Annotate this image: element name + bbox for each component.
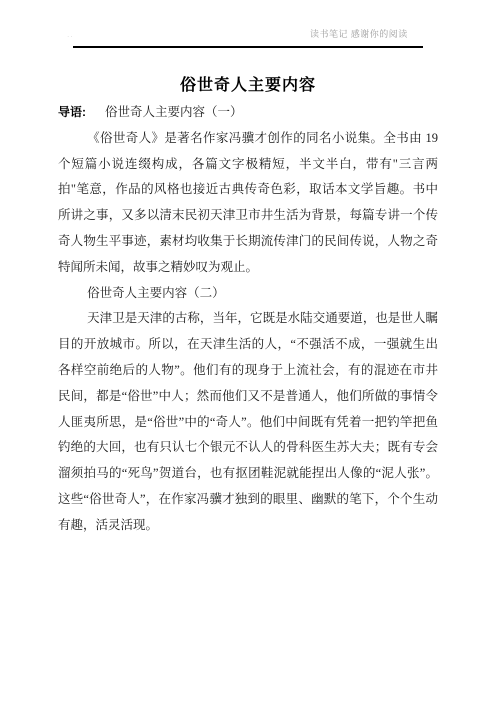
section-heading-2: 俗世奇人主要内容（二）	[58, 281, 438, 307]
paragraph-2: 天津卫是天津的古称，当年，它既是水陆交通要道，也是世人瞩目的开放城市。所以，在天…	[58, 306, 438, 538]
document-page: ·· 读书笔记 感谢你的阅读 俗世奇人主要内容 导语:俗世奇人主要内容（一） 《…	[0, 0, 496, 702]
document-body: 导语:俗世奇人主要内容（一） 《俗世奇人》是著名作家冯骥才创作的同名小说集。全书…	[58, 100, 438, 539]
header-divider	[73, 46, 423, 48]
lead-label: 导语:	[58, 105, 86, 119]
document-title: 俗世奇人主要内容	[0, 72, 496, 95]
lead-paragraph: 导语:俗世奇人主要内容（一）	[58, 100, 438, 126]
faint-watermark: ··	[67, 33, 74, 41]
paragraph-1: 《俗世奇人》是著名作家冯骥才创作的同名小说集。全书由 19 个短篇小说连缀构成，…	[58, 126, 438, 281]
header-note: 读书笔记 感谢你的阅读	[310, 29, 408, 40]
lead-text: 俗世奇人主要内容（一）	[105, 105, 243, 119]
